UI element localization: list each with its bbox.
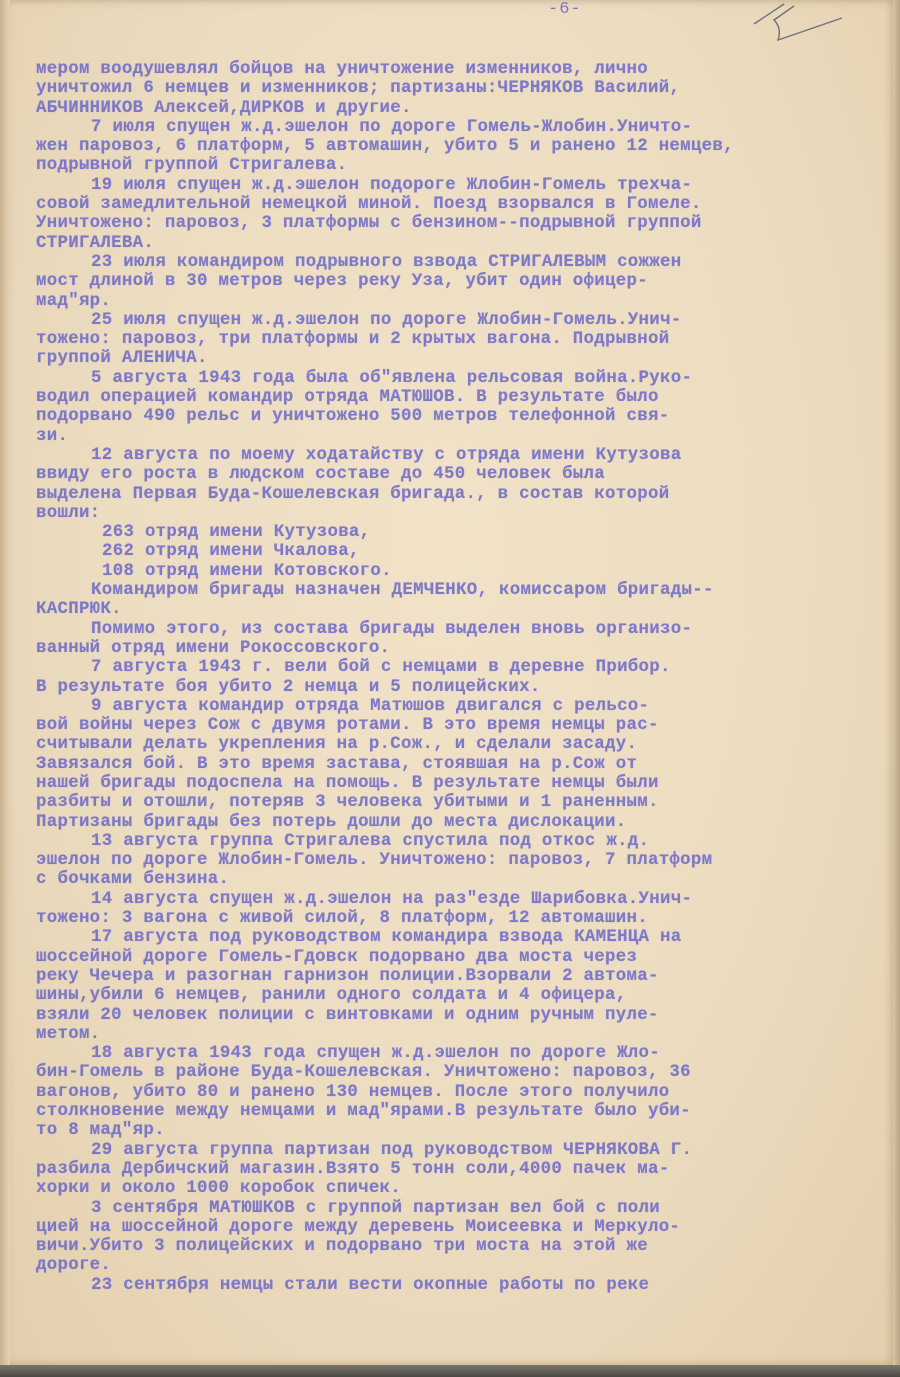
text-line: считывали делать укрепления на р.Сож., и… xyxy=(36,735,866,754)
text-line: Партизаны бригады без потерь дошли до ме… xyxy=(36,813,866,832)
text-line: 23 сентября немцы стали вести окопные ра… xyxy=(36,1276,866,1295)
text-line: бин-Гомель в районе Буда-Кошелевская. Ун… xyxy=(36,1063,866,1082)
text-line: шоссейной дороге Гомель-Гдовск подорвано… xyxy=(36,948,866,967)
text-line: столкновение между немцами и мад"ярами.В… xyxy=(36,1102,866,1121)
text-line: совой замедлительной немецкой миной. Пое… xyxy=(36,195,866,214)
text-line: Помимо этого, из состава бригады выделен… xyxy=(36,620,866,639)
text-line: мост длиной в 30 метров через реку Уза, … xyxy=(36,272,866,291)
text-line: ванный отряд имени Рокоссовского. xyxy=(36,639,866,658)
text-line: 12 августа по моему ходатайству с отряда… xyxy=(36,446,866,465)
text-line: реку Чечера и разогнан гарнизон полиции.… xyxy=(36,967,866,986)
text-line: 5 августа 1943 года была об"явлена рельс… xyxy=(36,369,866,388)
page-number: -6- xyxy=(548,0,582,19)
text-line: 9 августа командир отряда Матюшов двигал… xyxy=(36,697,866,716)
text-line: 17 августа под руководством командира вз… xyxy=(36,928,866,947)
text-line: вичи.Убито 3 полицейских и подорвано три… xyxy=(36,1237,866,1256)
text-line: АБЧИННИКОВ Алексей,ДИРКОВ и другие. xyxy=(36,99,866,118)
detachment-list-item: 108 отряд имени Котовского. xyxy=(36,562,866,581)
typewritten-body-text: мером воодушевлял бойцов на уничтожение … xyxy=(36,60,866,1295)
text-line: выделена Первая Буда-Кошелевская бригада… xyxy=(36,485,866,504)
text-line: разбиты и отошли, потеряв 3 человека уби… xyxy=(36,793,866,812)
text-line: вошли: xyxy=(36,504,866,523)
text-line: 7 августа 1943 г. вели бой с немцами в д… xyxy=(36,658,866,677)
text-line: СТРИГАЛЕВА. xyxy=(36,234,866,253)
text-line: 18 августа 1943 года спущен ж.д.эшелон п… xyxy=(36,1044,866,1063)
text-line: Уничтожено: паровоз, 3 платформы с бензи… xyxy=(36,214,866,233)
text-line: цией на шоссейной дороге между деревень … xyxy=(36,1218,866,1237)
page-right-edge xyxy=(893,0,900,1377)
text-line: 13 августа группа Стригалева спустила по… xyxy=(36,832,866,851)
text-line: жен паровоз, 6 платформ, 5 автомашин, уб… xyxy=(36,137,866,156)
text-line: мад"яр. xyxy=(36,292,866,311)
text-line: 25 июля спущен ж.д.эшелон по дороге Жлоб… xyxy=(36,311,866,330)
text-line: эшелон по дороге Жлобин-Гомель. Уничтоже… xyxy=(36,851,866,870)
text-line: тожено: паровоз, три платформы и 2 крыты… xyxy=(36,330,866,349)
text-line: тожено: 3 вагона с живой силой, 8 платфо… xyxy=(36,909,866,928)
document-page: -6- 12 мером воодушевлял бойцов на уничт… xyxy=(0,0,893,1365)
text-line: мером воодушевлял бойцов на уничтожение … xyxy=(36,60,866,79)
text-line: 19 июля спущен ж.д.эшелон подороге Жлоби… xyxy=(36,176,866,195)
text-line: вой войны через Сож с двумя ротами. В эт… xyxy=(36,716,866,735)
text-line: Командиром бригады назначен ДЕМЧЕНКО, ко… xyxy=(36,581,866,600)
text-line: метом. xyxy=(36,1025,866,1044)
text-line: хорки и около 1000 коробок спичек. xyxy=(36,1179,866,1198)
text-line: подорвано 490 рельс и уничтожено 500 мет… xyxy=(36,407,866,426)
text-line: группой АЛЕНИЧА. xyxy=(36,349,866,368)
text-line: 23 июля командиром подрывного взвода СТР… xyxy=(36,253,866,272)
text-line: 3 сентября МАТЮШКОВ с группой партизан в… xyxy=(36,1199,866,1218)
text-line: то 8 мад"яр. xyxy=(36,1121,866,1140)
text-line: с бочками бензина. xyxy=(36,870,866,889)
text-line: Завязался бой. В это время застава, стоя… xyxy=(36,755,866,774)
text-line: подрывной группой Стригалева. xyxy=(36,156,866,175)
text-line: нашей бригады подоспела на помощь. В рез… xyxy=(36,774,866,793)
text-line: вагонов, убито 80 и ранено 130 немцев. П… xyxy=(36,1083,866,1102)
scan-bottom-border xyxy=(0,1365,900,1377)
text-line: шины,убили 6 немцев, ранили одного солда… xyxy=(36,986,866,1005)
page-binding-edge xyxy=(0,0,10,1365)
text-line: 14 августа спущен ж.д.эшелон на раз"езде… xyxy=(36,890,866,909)
text-line: 7 июля спущен ж.д.эшелон по дороге Гомел… xyxy=(36,118,866,137)
text-line: зи. xyxy=(36,427,866,446)
archive-pencil-number-mark: 12 xyxy=(748,2,868,42)
text-line: КАСПРЮК. xyxy=(36,600,866,619)
detachment-list-item: 262 отряд имени Чкалова, xyxy=(36,542,866,561)
text-line: водил операцией командир отряда МАТЮШОВ.… xyxy=(36,388,866,407)
text-line: уничтожил 6 немцев и изменников; партиза… xyxy=(36,79,866,98)
detachment-list-item: 263 отряд имени Кутузова, xyxy=(36,523,866,542)
text-line: В результате боя убито 2 немца и 5 полиц… xyxy=(36,678,866,697)
text-line: взяли 20 человек полиции с винтовками и … xyxy=(36,1006,866,1025)
text-line: дороге. xyxy=(36,1256,866,1275)
text-line: ввиду его роста в людском составе до 450… xyxy=(36,465,866,484)
text-line: разбила Дербичский магазин.Взято 5 тонн … xyxy=(36,1160,866,1179)
text-line: 29 августа группа партизан под руководст… xyxy=(36,1141,866,1160)
